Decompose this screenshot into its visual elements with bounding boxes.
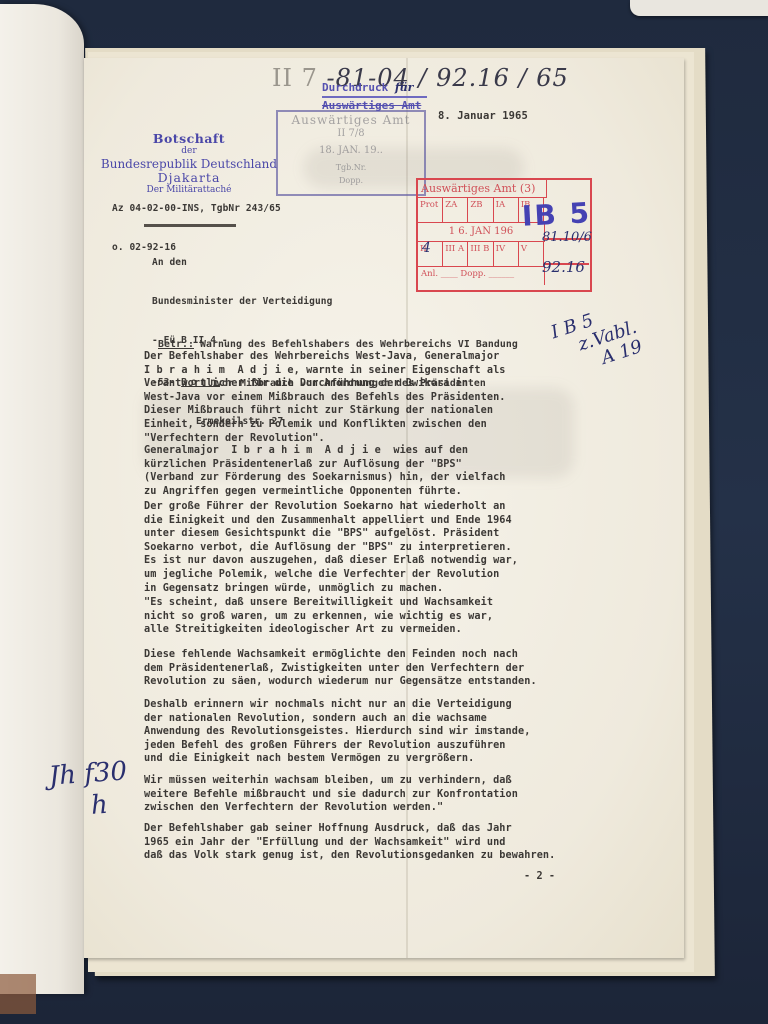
left-facing-page [0,4,84,994]
letter-date: 8. Januar 1965 [438,110,528,124]
handwritten-paraph: I B 5 z.Vabl. A 19 [549,299,646,381]
body-paragraph-7: Wir müssen weiterhin wachsam bleiben, um… [144,774,518,815]
stamp-durchdruck: Durchdruck für Auswärtiges Amt [322,80,427,114]
stamp-auswaertiges-amt-faded: Auswärtiges Amt II 7/8 18. JAN. 19.. Tgb… [276,110,426,196]
body-paragraph-5: Diese fehlende Wachsamkeit ermöglichte d… [144,648,537,689]
body-paragraph-2: Generalmajor I b r a h i m A d j i e wie… [144,444,506,498]
stamp-ib5: IB 5 [521,196,592,233]
body-paragraph-8: Der Befehlshaber gab seiner Hoffnung Aus… [144,822,555,863]
background-folder-corner [630,0,768,16]
body-paragraph-6: Deshalb erinnern wir nochmals nicht nur … [144,698,530,766]
document-page: II 7 -81-04 / 92.16 / 65 Botschaft der B… [84,58,684,958]
handwritten-note-8110: 81.10/6 [542,230,592,245]
body-paragraph-3: Der große Führer der Revolution Soekarno… [144,500,518,595]
body-paragraph-4: "Es scheint, daß unsere Bereitwilligkeit… [144,596,493,637]
stamp-row-2: II III A III B IV V [418,242,544,267]
handwritten-margin-note: Jh f30 h [48,755,130,824]
handwritten-note-9216: 92.16 [542,258,585,276]
page-number: - 2 - [524,870,555,884]
handwritten-note-4: 4 [422,240,431,256]
body-paragraph-1: Der Befehlshaber des Wehrbereichs West-J… [144,350,506,445]
